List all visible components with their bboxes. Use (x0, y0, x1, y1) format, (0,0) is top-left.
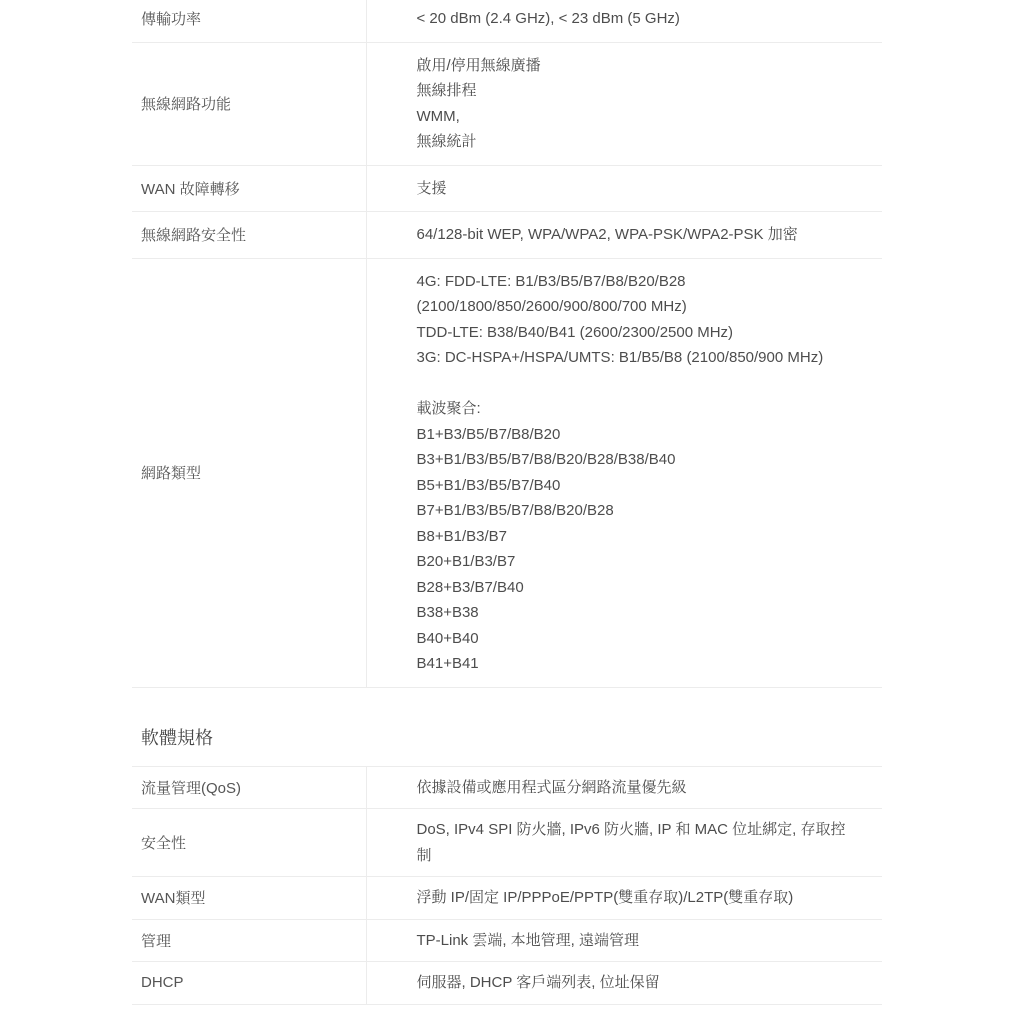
spec-value-line: DoS, IPv4 SPI 防火牆, IPv6 防火牆, IP 和 MAC 位址… (417, 817, 883, 843)
spec-row-security: 安全性 DoS, IPv4 SPI 防火牆, IPv6 防火牆, IP 和 MA… (132, 809, 882, 877)
software-spec-table: 流量管理(QoS) 依據設備或應用程式區分網路流量優先級 安全性 DoS, IP… (132, 767, 882, 1005)
spec-value: 啟用/停用無線廣播 無線排程 WMM, 無線統計 (366, 42, 882, 165)
spec-value-line: B41+B41 (417, 651, 883, 677)
spec-value: 伺服器, DHCP 客戶端列表, 位址保留 (366, 962, 882, 1005)
spec-value-line: 無線排程 (417, 78, 883, 104)
spec-value-line: TDD-LTE: B38/B40/B41 (2600/2300/2500 MHz… (417, 320, 883, 346)
spec-value-line: 制 (417, 843, 883, 869)
spec-value-line: B38+B38 (417, 600, 883, 626)
spec-value-line: 伺服器, DHCP 客戶端列表, 位址保留 (417, 970, 883, 996)
spec-row-wireless-functions: 無線網路功能 啟用/停用無線廣播 無線排程 WMM, 無線統計 (132, 42, 882, 165)
spec-value: 依據設備或應用程式區分網路流量優先級 (366, 767, 882, 809)
spec-label: WAN 故障轉移 (132, 165, 366, 212)
spec-value: 64/128-bit WEP, WPA/WPA2, WPA-PSK/WPA2-P… (366, 212, 882, 259)
spec-value: 4G: FDD-LTE: B1/B3/B5/B7/B8/B20/B28 (210… (366, 258, 882, 687)
spec-value-line: 浮動 IP/固定 IP/PPPoE/PPTP(雙重存取)/L2TP(雙重存取) (417, 885, 883, 911)
spec-value: DoS, IPv4 SPI 防火牆, IPv6 防火牆, IP 和 MAC 位址… (366, 809, 882, 877)
spec-page: 傳輸功率 < 20 dBm (2.4 GHz), < 23 dBm (5 GHz… (132, 0, 882, 1005)
spec-row-management: 管理 TP-Link 雲端, 本地管理, 遠端管理 (132, 919, 882, 962)
spec-value-blank-line (417, 371, 883, 397)
spec-row-qos: 流量管理(QoS) 依據設備或應用程式區分網路流量優先級 (132, 767, 882, 809)
spec-value: < 20 dBm (2.4 GHz), < 23 dBm (5 GHz) (366, 0, 882, 42)
spec-value-line: 載波聚合: (417, 396, 883, 422)
spec-value-line: B1+B3/B5/B7/B8/B20 (417, 422, 883, 448)
spec-label: DHCP (132, 962, 366, 1005)
spec-value: 支援 (366, 165, 882, 212)
spec-value-line: 4G: FDD-LTE: B1/B3/B5/B7/B8/B20/B28 (417, 269, 883, 295)
spec-label: 無線網路功能 (132, 42, 366, 165)
spec-value-line: 依據設備或應用程式區分網路流量優先級 (417, 775, 883, 801)
spec-value-line: B8+B1/B3/B7 (417, 524, 883, 550)
spec-label: 傳輸功率 (132, 0, 366, 42)
spec-value: 浮動 IP/固定 IP/PPPoE/PPTP(雙重存取)/L2TP(雙重存取) (366, 877, 882, 920)
spec-label: WAN類型 (132, 877, 366, 920)
spec-value-line: TP-Link 雲端, 本地管理, 遠端管理 (417, 928, 883, 954)
spec-value-line: WMM, (417, 104, 883, 130)
spec-value-line: B5+B1/B3/B5/B7/B40 (417, 473, 883, 499)
spec-value: TP-Link 雲端, 本地管理, 遠端管理 (366, 919, 882, 962)
spec-value-line: B40+B40 (417, 626, 883, 652)
spec-value-line: 無線統計 (417, 129, 883, 155)
spec-value-line: B7+B1/B3/B5/B7/B8/B20/B28 (417, 498, 883, 524)
spec-row-network-type: 網路類型 4G: FDD-LTE: B1/B3/B5/B7/B8/B20/B28… (132, 258, 882, 687)
spec-row-wan-type: WAN類型 浮動 IP/固定 IP/PPPoE/PPTP(雙重存取)/L2TP(… (132, 877, 882, 920)
hardware-spec-table: 傳輸功率 < 20 dBm (2.4 GHz), < 23 dBm (5 GHz… (132, 0, 882, 688)
spec-value-line: B28+B3/B7/B40 (417, 575, 883, 601)
spec-label: 管理 (132, 919, 366, 962)
spec-value-line: 啟用/停用無線廣播 (417, 53, 883, 79)
spec-value-line: B20+B1/B3/B7 (417, 549, 883, 575)
spec-label: 網路類型 (132, 258, 366, 687)
spec-value-line: 3G: DC-HSPA+/HSPA/UMTS: B1/B5/B8 (2100/8… (417, 345, 883, 371)
spec-value-line: (2100/1800/850/2600/900/800/700 MHz) (417, 294, 883, 320)
section-title-software-specs: 軟體規格 (132, 688, 882, 767)
spec-value-line: 支援 (417, 176, 883, 202)
spec-row-dhcp: DHCP 伺服器, DHCP 客戶端列表, 位址保留 (132, 962, 882, 1005)
spec-value-line: B3+B1/B3/B5/B7/B8/B20/B28/B38/B40 (417, 447, 883, 473)
spec-value-line: < 20 dBm (2.4 GHz), < 23 dBm (5 GHz) (417, 6, 883, 32)
spec-row-wireless-security: 無線網路安全性 64/128-bit WEP, WPA/WPA2, WPA-PS… (132, 212, 882, 259)
spec-label: 無線網路安全性 (132, 212, 366, 259)
spec-label: 流量管理(QoS) (132, 767, 366, 809)
spec-value-line: 64/128-bit WEP, WPA/WPA2, WPA-PSK/WPA2-P… (417, 222, 883, 248)
spec-row-wan-failover: WAN 故障轉移 支援 (132, 165, 882, 212)
spec-label: 安全性 (132, 809, 366, 877)
spec-row-transmit-power: 傳輸功率 < 20 dBm (2.4 GHz), < 23 dBm (5 GHz… (132, 0, 882, 42)
